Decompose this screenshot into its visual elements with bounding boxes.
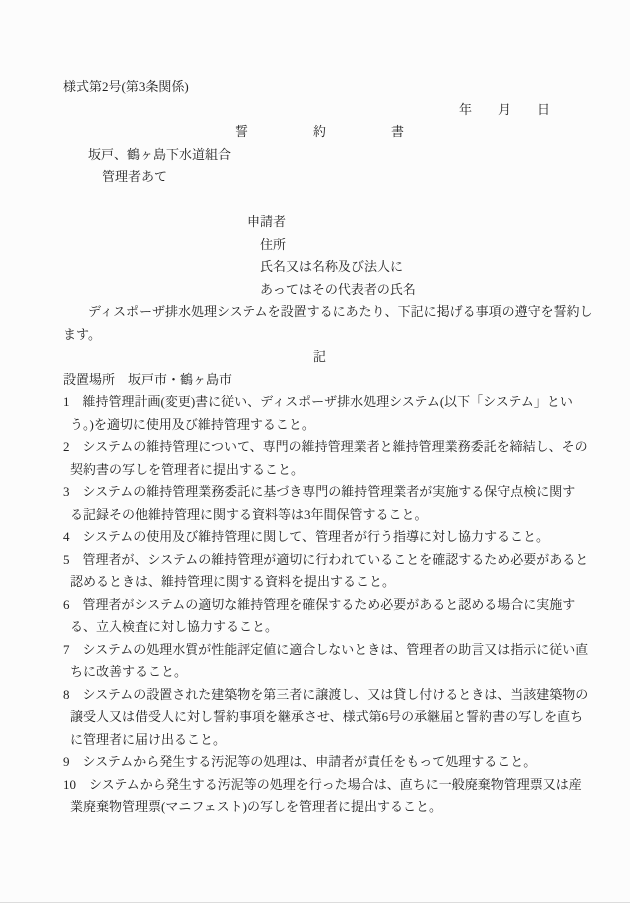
oath-item-line: 4 システムの使用及び維持管理に関して、管理者が行う指導に対し協力すること。 — [63, 526, 576, 549]
oath-item-line: る、立入検査に対し協力すること。 — [63, 616, 576, 639]
oath-item: 3 システムの維持管理業務委託に基づき専門の維持管理業者が実施する保守点検に関す… — [63, 481, 576, 526]
pledge-intro-line: ます。 — [63, 324, 576, 347]
applicant-field: 氏名又は名称及び法人に — [63, 256, 576, 279]
oath-item-line: 10 システムから発生する汚泥等の処理を行った場合は、直ちに一般廃棄物管理票又は… — [63, 774, 576, 797]
pledge-title: 誓 約 書 — [63, 121, 576, 144]
oath-item: 5 管理者が、システムの維持管理が適切に行われていることを確認するため必要がある… — [63, 549, 576, 594]
oath-item-line: 6 管理者がシステムの適切な維持管理を確保するため必要があると認める場合に実施す — [63, 594, 576, 617]
oath-item-line: 9 システムから発生する汚泥等の処理は、申請者が責任をもって処理すること。 — [63, 751, 576, 774]
applicant-field: あってはその代表者の氏名 — [63, 279, 576, 302]
ki-marker: 記 — [63, 346, 576, 369]
oath-item-line: 契約書の写しを管理者に提出すること。 — [63, 459, 576, 482]
addressee-role: 管理者あて — [63, 166, 576, 189]
oath-item: 2 システムの維持管理について、専門の維持管理業者と維持管理業務委託を締結し、そ… — [63, 436, 576, 481]
addressee-org: 坂戸、鶴ヶ島下水道組合 — [63, 144, 576, 167]
date-line: 年 月 日 — [63, 99, 576, 122]
oath-item-list: 1 維持管理計画(変更)書に従い、ディスポーザ排水処理システム(以下「システム」… — [63, 391, 576, 819]
form-number: 様式第2号(第3条関係) — [63, 76, 576, 99]
oath-item: 4 システムの使用及び維持管理に関して、管理者が行う指導に対し協力すること。 — [63, 526, 576, 549]
oath-item-line: 業廃棄物管理票(マニフェスト)の写しを管理者に提出すること。 — [63, 796, 576, 819]
oath-item: 9 システムから発生する汚泥等の処理は、申請者が責任をもって処理すること。 — [63, 751, 576, 774]
applicant-field: 住所 — [63, 234, 576, 257]
oath-item-line: 3 システムの維持管理業務委託に基づき専門の維持管理業者が実施する保守点検に関す — [63, 481, 576, 504]
oath-item: 1 維持管理計画(変更)書に従い、ディスポーザ排水処理システム(以下「システム」… — [63, 391, 576, 436]
oath-item-line: 5 管理者が、システムの維持管理が適切に行われていることを確認するため必要がある… — [63, 549, 576, 572]
oath-item-line: 1 維持管理計画(変更)書に従い、ディスポーザ排水処理システム(以下「システム」… — [63, 391, 576, 414]
applicant-label: 申請者 — [63, 211, 576, 234]
oath-item: 8 システムの設置された建築物を第三者に譲渡し、又は貸し付けるときは、当該建築物… — [63, 684, 576, 752]
oath-item: 10 システムから発生する汚泥等の処理を行った場合は、直ちに一般廃棄物管理票又は… — [63, 774, 576, 819]
oath-item-line: 譲受人又は借受人に対し誓約事項を継承させ、様式第6号の承継届と誓約書の写しを直ち — [63, 706, 576, 729]
oath-form-page: 様式第2号(第3条関係) 年 月 日 誓 約 書 坂戸、鶴ヶ島下水道組合 管理者… — [0, 0, 630, 903]
installation-location: 設置場所 坂戸市・鶴ヶ島市 — [63, 369, 576, 392]
applicant-field-list: 住所氏名又は名称及び法人にあってはその代表者の氏名 — [63, 234, 576, 302]
oath-item-line: 認めるときは、維持管理に関する資料を提出すること。 — [63, 571, 576, 594]
oath-item: 7 システムの処理水質が性能評定値に適合しないときは、管理者の助言又は指示に従い… — [63, 639, 576, 684]
pledge-intro-line: ディスポーザ排水処理システムを設置するにあたり、下記に掲げる事項の遵守を誓約し — [63, 301, 576, 324]
oath-item-line: う。)を適切に使用及び維持管理すること。 — [63, 414, 576, 437]
oath-item-line: 7 システムの処理水質が性能評定値に適合しないときは、管理者の助言又は指示に従い… — [63, 639, 576, 662]
pledge-intro: ディスポーザ排水処理システムを設置するにあたり、下記に掲げる事項の遵守を誓約しま… — [63, 301, 576, 346]
oath-item-line: る記録その他維持管理に関する資料等は3年間保管すること。 — [63, 504, 576, 527]
oath-item-line: に管理者に届け出ること。 — [63, 729, 576, 752]
oath-item: 6 管理者がシステムの適切な維持管理を確保するため必要があると認める場合に実施す… — [63, 594, 576, 639]
oath-item-line: 2 システムの維持管理について、専門の維持管理業者と維持管理業務委託を締結し、そ… — [63, 436, 576, 459]
blank-line — [63, 189, 576, 212]
oath-item-line: 8 システムの設置された建築物を第三者に譲渡し、又は貸し付けるときは、当該建築物… — [63, 684, 576, 707]
oath-item-line: ちに改善すること。 — [63, 661, 576, 684]
